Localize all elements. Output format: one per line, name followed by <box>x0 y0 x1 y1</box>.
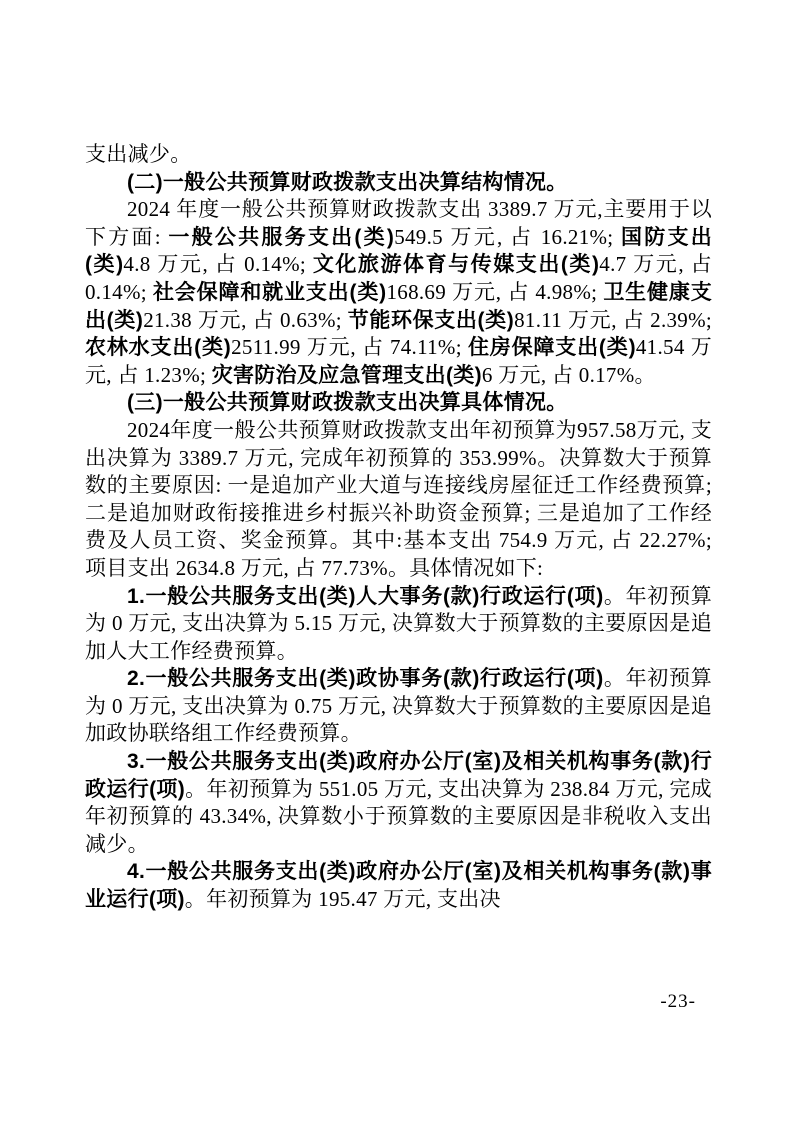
item-2: 2.一般公共服务支出(类)政协事务(款)行政运行(项)。年初预算为 0 万元, … <box>85 665 712 748</box>
text-segment: 4.8 万元, 占 0.14%; <box>123 252 312 276</box>
para-section-2-body: 2024 年度一般公共预算财政拨款支出 3389.7 万元,主要用于以下方面: … <box>85 196 712 389</box>
text-segment-bold: 文化旅游体育与传媒支出(类) <box>313 253 599 276</box>
heading-section-3: (三)一般公共预算财政拨款支出决算具体情况。 <box>85 389 712 417</box>
item-1: 1.一般公共服务支出(类)人大事务(款)行政运行(项)。年初预算为 0 万元, … <box>85 583 712 666</box>
text-segment: 支出减少。 <box>85 142 192 166</box>
text-segment-bold: 1.一般公共服务支出(类)人大事务(款)行政运行(项) <box>127 585 604 608</box>
text-segment-bold: 住房保障支出(类) <box>468 336 636 359</box>
text-segment: 2024年度一般公共预算财政拨款支出年初预算为957.58万元, 支出决算为 3… <box>85 418 712 580</box>
text-segment: 。年初预算为 195.47 万元, 支出决 <box>185 887 501 911</box>
text-segment-bold: (二)一般公共预算财政拨款支出决算结构情况。 <box>127 171 568 194</box>
text-segment-bold: 2.一般公共服务支出(类)政协事务(款)行政运行(项) <box>127 667 604 690</box>
para-section-3-body: 2024年度一般公共预算财政拨款支出年初预算为957.58万元, 支出决算为 3… <box>85 417 712 583</box>
document-body: 支出减少。(二)一般公共预算财政拨款支出决算结构情况。2024 年度一般公共预算… <box>85 141 712 914</box>
item-3: 3.一般公共服务支出(类)政府办公厅(室)及相关机构事务(款)行政运行(项)。年… <box>85 748 712 858</box>
text-segment-bold: 社会保障和就业支出(类) <box>153 281 387 304</box>
text-segment: 6 万元, 占 0.17%。 <box>482 363 656 387</box>
document-page: 支出减少。(二)一般公共预算财政拨款支出决算结构情况。2024 年度一般公共预算… <box>0 0 794 1122</box>
text-segment-bold: 节能环保支出(类) <box>348 309 514 332</box>
text-segment-bold: 一般公共服务支出(类) <box>168 226 394 249</box>
text-segment: 549.5 万元, 占 16.21%; <box>394 225 621 249</box>
item-4: 4.一般公共服务支出(类)政府办公厅(室)及相关机构事务(款)事业运行(项)。年… <box>85 858 712 913</box>
text-segment-bold: 灾害防治及应急管理支出(类) <box>212 364 482 387</box>
text-segment: 168.69 万元, 占 4.98%; <box>386 280 603 304</box>
text-segment: 21.38 万元, 占 0.63%; <box>143 308 348 332</box>
text-segment-bold: (三)一般公共预算财政拨款支出决算具体情况。 <box>127 391 568 414</box>
para-carryover-line: 支出减少。 <box>85 141 712 169</box>
heading-section-2: (二)一般公共预算财政拨款支出决算结构情况。 <box>85 169 712 197</box>
text-segment: 81.11 万元, 占 2.39%; <box>514 308 712 332</box>
text-segment-bold: 农林水支出(类) <box>85 336 231 359</box>
text-segment: 2511.99 万元, 占 74.11%; <box>231 335 468 359</box>
page-number: -23- <box>660 991 696 1013</box>
